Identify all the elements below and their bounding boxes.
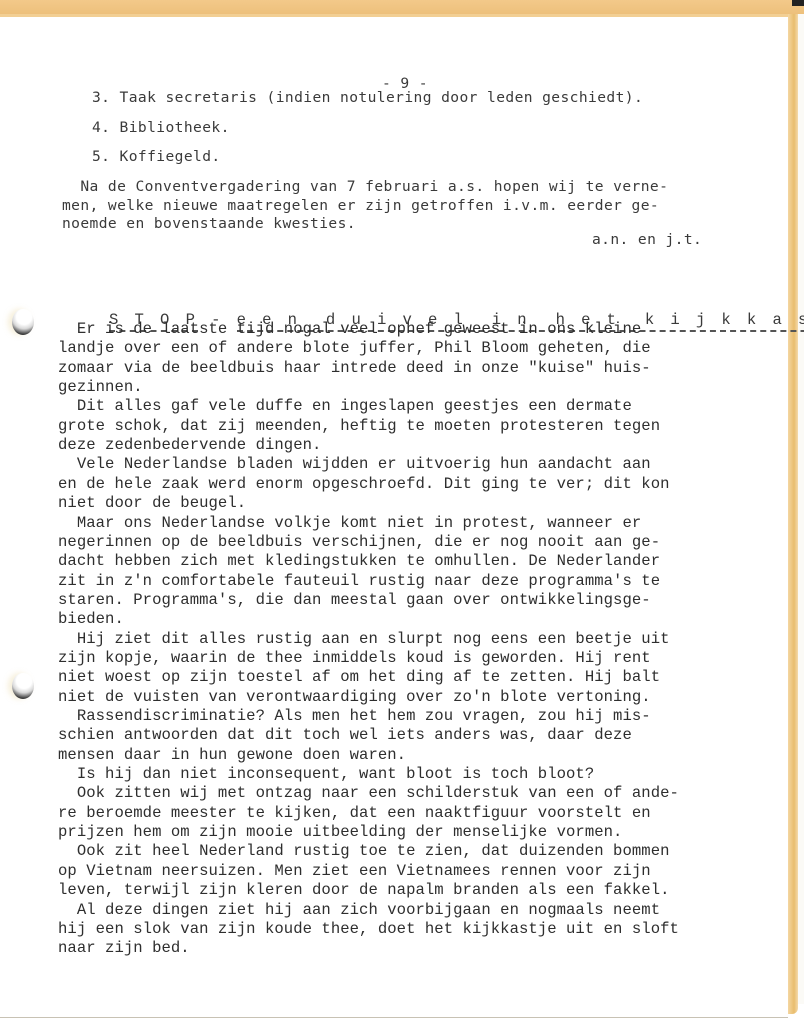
article-line: prijzen hem om zijn mooie uitbeelding de… — [58, 823, 622, 841]
list-item: 3. Taak secretaris (indien notulering do… — [92, 89, 643, 106]
article-line: Al deze dingen ziet hij aan zich voorbij… — [58, 901, 660, 919]
article-line: Ook zit heel Nederland rustig toe te zie… — [58, 842, 670, 860]
paragraph-line: men, welke nieuwe maatregelen er zijn ge… — [62, 197, 659, 214]
article-line: niet de vuisten van verontwaardiging ove… — [58, 688, 651, 706]
article-line: op Vietnam neersuizen. Men ziet een Viet… — [58, 862, 651, 880]
article-line: Hij ziet dit alles rustig aan en slurpt … — [58, 630, 670, 648]
article-line: Maar ons Nederlandse volkje komt niet in… — [58, 514, 641, 532]
punch-hole-icon — [12, 309, 34, 335]
scan-margin — [798, 14, 804, 1004]
article-line: landje over een of andere blote juffer, … — [58, 339, 651, 357]
article-line: zijn kopje, waarin de thee inmiddels kou… — [58, 649, 651, 667]
article-line: mensen daar in hun gewone doen waren. — [58, 746, 406, 764]
article-line: Dit alles gaf vele duffe en ingeslapen g… — [58, 397, 632, 415]
paper-stack-right-edge — [788, 14, 798, 1014]
article-line: grote schok, dat zij meenden, heftig te … — [58, 417, 660, 435]
paragraph-line: Na de Conventvergadering van 7 februari … — [62, 178, 668, 195]
punch-hole-icon — [12, 673, 34, 699]
scan-corner-shadow — [792, 0, 804, 6]
article-line: niet door de beugel. — [58, 494, 246, 512]
article-line: Ook zitten wij met ontzag naar een schil… — [58, 784, 679, 802]
article-line: Er is de laatste tijd nogal veel ophef g… — [58, 320, 641, 338]
article-line: niet woest op zijn toestel af om het din… — [58, 668, 660, 686]
article-line: dacht hebben zich met kledingstukken te … — [58, 552, 660, 570]
article-line: naar zijn bed. — [58, 939, 190, 957]
article-line: gezinnen. — [58, 378, 143, 396]
article-line: re beroemde meester te kijken, dat een n… — [58, 804, 651, 822]
article-line: negerinnen op de beeldbuis verschijnen, … — [58, 533, 660, 551]
article-line: Vele Nederlandse bladen wijdden er uitvo… — [58, 455, 651, 473]
article-line: leven, terwijl zijn kleren door de napal… — [58, 881, 670, 899]
document-page: - 9 - 3. Taak secretaris (indien notuler… — [0, 17, 788, 1018]
list-item: 4. Bibliotheek. — [92, 119, 230, 136]
article-line: deze zedenbedervende dingen. — [58, 436, 321, 454]
article-line: en de hele zaak werd enorm opgeschroefd.… — [58, 475, 670, 493]
article-line: Is hij dan niet inconsequent, want bloot… — [58, 765, 594, 783]
paragraph-line: noemde en bovenstaande kwesties. — [62, 215, 356, 232]
signature: a.n. en j.t. — [592, 231, 702, 248]
article-line: schien antwoorden dat dit toch wel iets … — [58, 726, 632, 744]
article-line: zit in z'n comfortabele fauteuil rustig … — [58, 572, 660, 590]
article-line: bieden. — [58, 610, 124, 628]
article-line: zomaar via de beeldbuis haar intrede dee… — [58, 359, 651, 377]
article-line: staren. Programma's, die dan meestal gaa… — [58, 591, 651, 609]
article-line: Rassendiscriminatie? Als men het hem zou… — [58, 707, 651, 725]
article-line: hij een slok van zijn koude thee, doet h… — [58, 920, 679, 938]
list-item: 5. Koffiegeld. — [92, 148, 221, 165]
